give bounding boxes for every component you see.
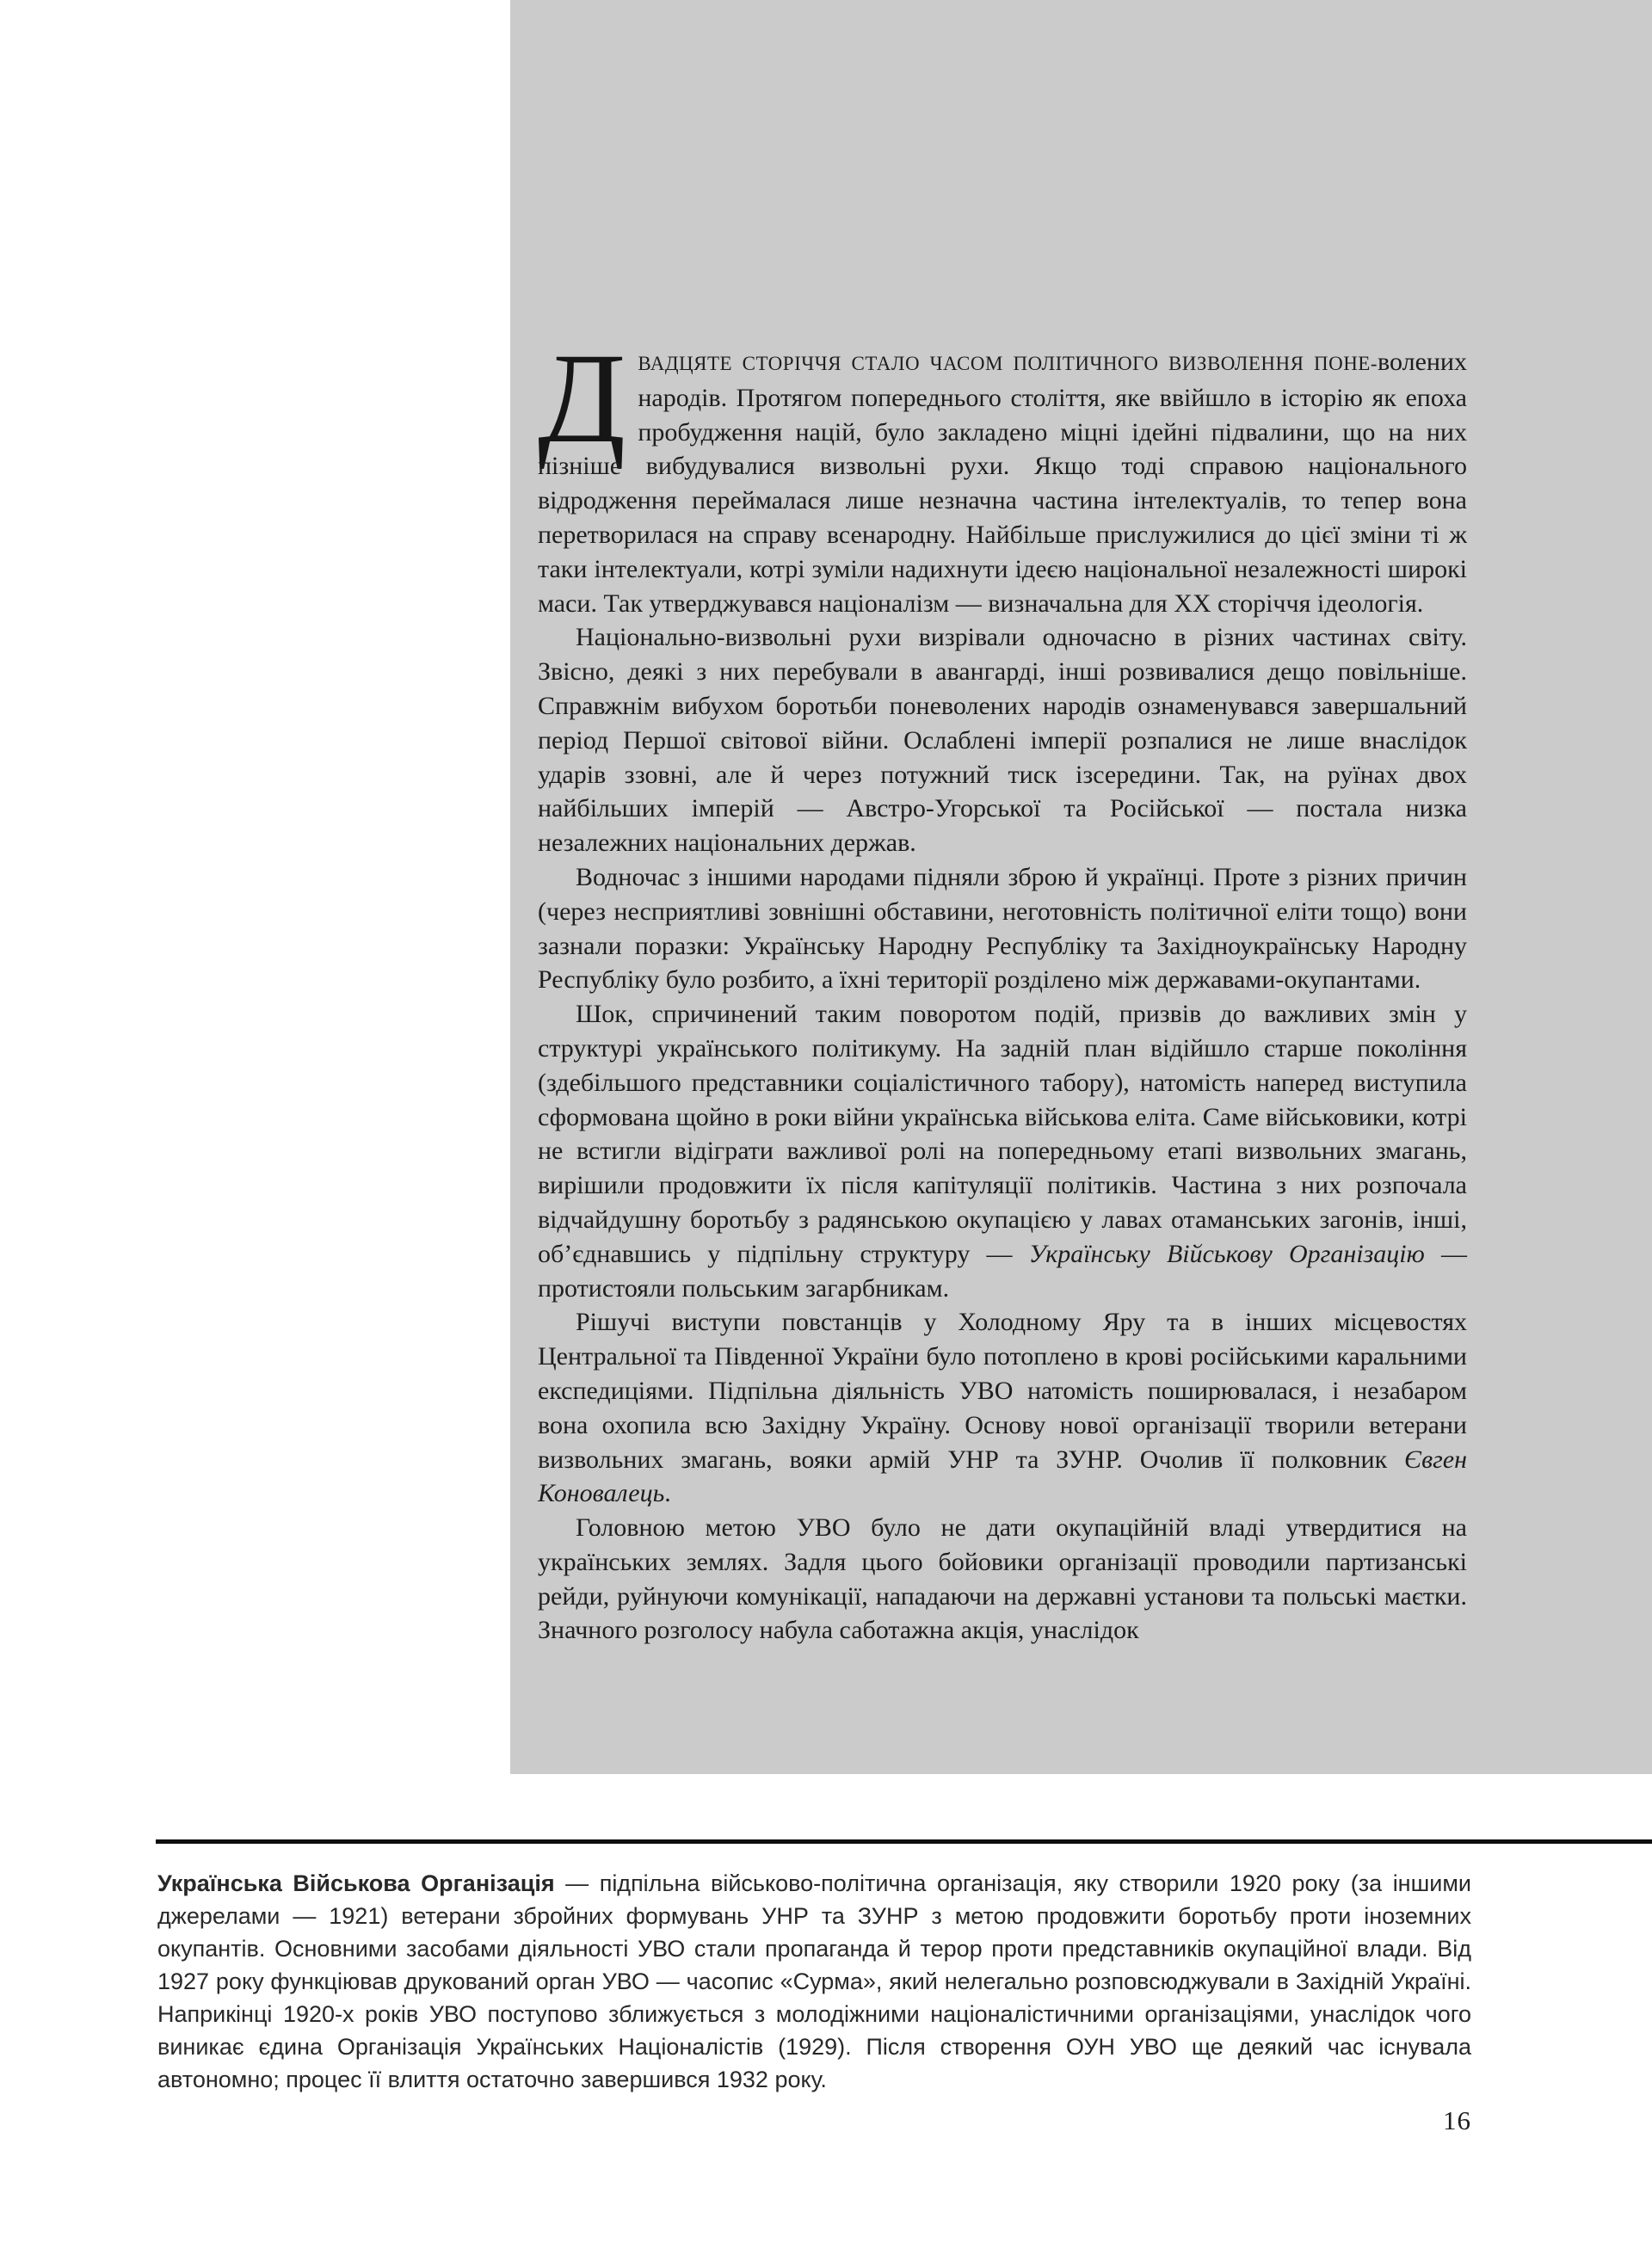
paragraph: Шок, спричинений таким поворотом подій, … [538,997,1467,1305]
body-text-column: ДВАДЦЯТЕ СТОРІЧЧЯ СТАЛО ЧАСОМ ПОЛІТИЧНОГ… [538,345,1467,1648]
paragraph: Національно-визвольні рухи визрівали одн… [538,620,1467,860]
footnote-text: Українська Військова Організація — підпі… [157,1867,1471,2096]
paragraph: Водночас з іншими народами підняли зброю… [538,860,1467,997]
page-number: 16 [1411,2105,1471,2136]
book-page: ДВАДЦЯТЕ СТОРІЧЧЯ СТАЛО ЧАСОМ ПОЛІТИЧНОГ… [0,0,1652,2255]
paragraph-text: волених народів. Протягом попереднього с… [538,348,1467,618]
footnote-body: — підпільна військово-політична організа… [157,1870,1471,2092]
footnote-term: Українська Військова Організація [157,1870,555,1896]
paragraph-text: Рішучі виступи повстанців у Холодному Яр… [538,1308,1467,1473]
paragraph: Головною метою УВО було не дати окупацій… [538,1511,1467,1648]
paragraph: Рішучі виступи повстанців у Холодному Яр… [538,1305,1467,1511]
italic-organization-name: Українську Військову Організацію [1029,1240,1425,1268]
drop-cap: Д [538,345,638,447]
paragraph-text: Шок, спричинений таким поворотом подій, … [538,1000,1467,1268]
footnote-divider-rule [156,1839,1652,1844]
lead-in-caps: ВАДЦЯТЕ СТОРІЧЧЯ СТАЛО ЧАСОМ ПОЛІТИЧНОГО… [638,353,1378,374]
paragraph: ДВАДЦЯТЕ СТОРІЧЧЯ СТАЛО ЧАСОМ ПОЛІТИЧНОГ… [538,345,1467,620]
paragraph-text: . [664,1479,671,1507]
